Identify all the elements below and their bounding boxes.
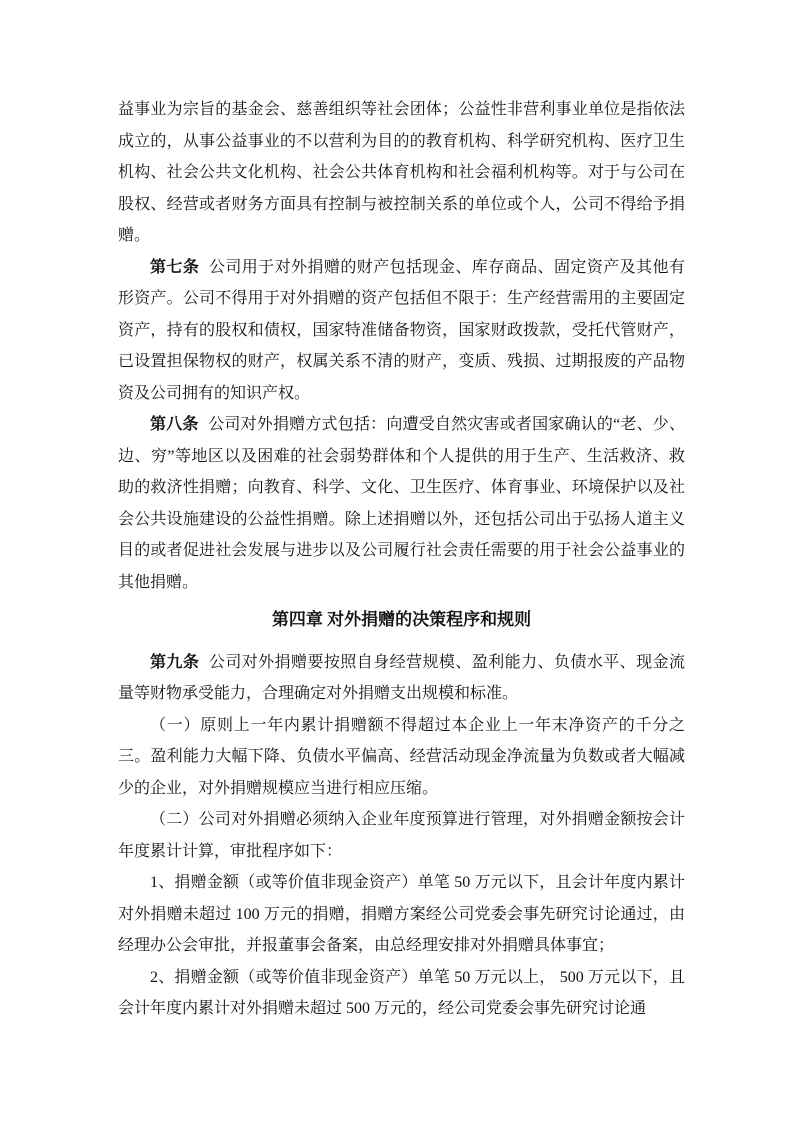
paragraph-text: 公司对外捐赠要按照自身经营规模、盈利能力、负债水平、现金流量等财物承受能力，合理… bbox=[118, 654, 685, 703]
chapter-4-heading: 第四章 对外捐赠的决策程序和规则 bbox=[118, 604, 685, 636]
paragraph-text: 公司用于对外捐赠的财产包括现金、库存商品、固定资产及其他有形资产。公司不得用于对… bbox=[118, 259, 685, 402]
article-7-paragraph: 第七条公司用于对外捐赠的财产包括现金、库存商品、固定资产及其他有形资产。公司不得… bbox=[118, 252, 685, 410]
article-number-label: 第七条 bbox=[150, 259, 199, 276]
document-page: 益事业为宗旨的基金会、慈善组织等社会团体；公益性非营利事业单位是指依法成立的，从… bbox=[0, 0, 793, 1122]
article-9-paragraph: 第九条公司对外捐赠要按照自身经营规模、盈利能力、负债水平、现金流量等财物承受能力… bbox=[118, 647, 685, 710]
clause-1-paragraph: 1、捐赠金额（或等价值非现金资产）单笔 50 万元以下，且会计年度内累计对外捐赠… bbox=[118, 867, 685, 962]
paragraph-text: 1、捐赠金额（或等价值非现金资产）单笔 50 万元以下，且会计年度内累计对外捐赠… bbox=[118, 874, 685, 954]
paragraph-continuation: 益事业为宗旨的基金会、慈善组织等社会团体；公益性非营利事业单位是指依法成立的，从… bbox=[118, 94, 685, 252]
document-content: 益事业为宗旨的基金会、慈善组织等社会团体；公益性非营利事业单位是指依法成立的，从… bbox=[118, 94, 685, 1025]
article-number-label: 第九条 bbox=[150, 654, 199, 671]
clause-2-paragraph-cutoff: 2、捐赠金额（或等价值非现金资产）单笔 50 万元以上， 500 万元以下，且会… bbox=[118, 962, 685, 1025]
paragraph-text: （一）原则上一年内累计捐赠额不得超过本企业上一年末净资产的千分之三。盈利能力大幅… bbox=[118, 717, 685, 797]
paragraph-text: 公司对外捐赠方式包括：向遭受自然灾害或者国家确认的“老、少、边、穷”等地区以及困… bbox=[118, 416, 685, 591]
paragraph-text: （二）公司对外捐赠必须纳入企业年度预算进行管理，对外捐赠金额按会计年度累计计算，… bbox=[118, 811, 685, 860]
article-8-paragraph: 第八条公司对外捐赠方式包括：向遭受自然灾害或者国家确认的“老、少、边、穷”等地区… bbox=[118, 409, 685, 598]
paragraph-text: 2、捐赠金额（或等价值非现金资产）单笔 50 万元以上， 500 万元以下，且会… bbox=[118, 969, 685, 1018]
item-1-paragraph: （一）原则上一年内累计捐赠额不得超过本企业上一年末净资产的千分之三。盈利能力大幅… bbox=[118, 710, 685, 805]
paragraph-text: 益事业为宗旨的基金会、慈善组织等社会团体；公益性非营利事业单位是指依法成立的，从… bbox=[118, 101, 685, 244]
article-number-label: 第八条 bbox=[150, 416, 199, 433]
item-2-paragraph: （二）公司对外捐赠必须纳入企业年度预算进行管理，对外捐赠金额按会计年度累计计算，… bbox=[118, 804, 685, 867]
